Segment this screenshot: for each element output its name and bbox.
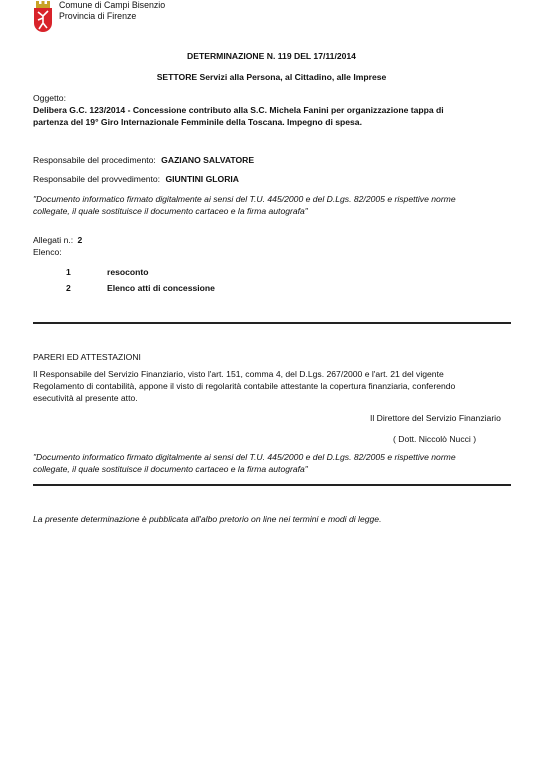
pareri-body-line-1: Il Responsabile del Servizio Finanziario… [33,368,455,380]
attachment-link[interactable]: Elenco atti di concessione [107,283,215,293]
signature-note-line-2: collegate, il quale sostituisce il docum… [33,205,456,217]
pareri-signature-note: "Documento informatico firmato digitalme… [33,451,456,475]
section-divider [33,322,511,324]
attachments-count: 2 [78,235,83,245]
attachments-count-label: Allegati n.: [33,235,73,245]
procedimento-value: GAZIANO SALVATORE [161,155,254,165]
crown-icon [35,1,51,8]
shield-icon [34,8,52,32]
responsabile-procedimento: Responsabile del procedimento: GAZIANO S… [33,155,254,165]
signer-role: Il Direttore del Servizio Finanziario [370,413,501,423]
procedimento-label: Responsabile del procedimento: [33,155,156,165]
attachments-block: Allegati n.: 2 Elenco: [33,234,82,258]
municipality-logo [33,1,53,34]
signature-note-line-1: "Documento informatico firmato digitalme… [33,193,456,205]
publication-note: La presente determinazione è pubblicata … [33,514,381,524]
pareri-note-line-2: collegate, il quale sostituisce il docum… [33,463,456,475]
pareri-body-line-2: Regolamento di contabilità, appone il vi… [33,380,455,392]
municipality-name: Comune di Campi Bisenzio [59,0,165,11]
province-name: Provincia di Firenze [59,11,165,22]
attachment-link[interactable]: resoconto [107,267,149,277]
letterhead: Comune di Campi Bisenzio Provincia di Fi… [59,0,165,22]
pareri-heading: PARERI ED ATTESTAZIONI [33,352,141,362]
attachment-number: 1 [66,267,71,277]
pareri-body-line-3: esecutività al presente atto. [33,392,455,404]
section-divider [33,484,511,486]
pareri-note-line-1: "Documento informatico firmato digitalme… [33,451,456,463]
attachments-list-label: Elenco: [33,246,82,258]
signature-note: "Documento informatico firmato digitalme… [33,193,456,217]
subject-block: Oggetto: Delibera G.C. 123/2014 - Conces… [33,92,444,128]
subject-line-2: partenza del 19° Giro Internazionale Fem… [33,116,444,128]
provvedimento-value: GIUNTINI GLORIA [165,174,239,184]
subject-label: Oggetto: [33,92,444,104]
document-title: DETERMINAZIONE N. 119 DEL 17/11/2014 [0,51,543,61]
sector-value: Servizi alla Persona, al Cittadino, alle… [200,72,387,82]
subject-line-1: Delibera G.C. 123/2014 - Concessione con… [33,104,444,116]
sector-label: SETTORE [157,72,197,82]
pareri-body: Il Responsabile del Servizio Finanziario… [33,368,455,404]
sector-line: SETTORE Servizi alla Persona, al Cittadi… [0,72,543,82]
responsabile-provvedimento: Responsabile del provvedimento: GIUNTINI… [33,174,239,184]
provvedimento-label: Responsabile del provvedimento: [33,174,160,184]
signer-name: ( Dott. Niccolò Nucci ) [393,434,476,444]
attachment-number: 2 [66,283,71,293]
